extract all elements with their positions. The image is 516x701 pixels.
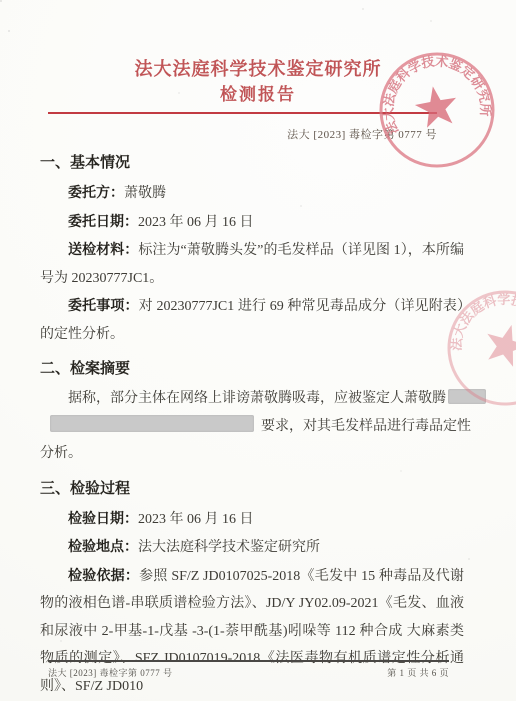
summary-line-3: 分析。 xyxy=(40,440,464,468)
field-test-date: 检验日期：2023 年 06 月 16 日 xyxy=(40,505,464,534)
field-submitted-material: 送检材料：标注为“萧敬腾头发”的毛发样品（详见图 1），本所编号为 202307… xyxy=(40,236,464,292)
field-value: 2023 年 06 月 16 日 xyxy=(138,215,254,230)
summary-text-1: 据称，部分主体在网络上诽谤萧敬腾吸毒，应被鉴定人萧敬腾 xyxy=(68,391,446,406)
redaction-box xyxy=(448,389,486,404)
footer-page-number: 第 1 页 共 6 页 xyxy=(387,666,449,679)
report-header: 法大法庭科学技术鉴定研究所 检测报告 xyxy=(0,56,516,108)
summary-line-1: 据称，部分主体在网络上诽谤萧敬腾吸毒，应被鉴定人萧敬腾 xyxy=(40,385,464,413)
field-client: 委托方：萧敬腾 xyxy=(40,179,464,208)
footer-doc-number: 法大 [2023] 毒检字第 0777 号 xyxy=(48,666,173,679)
redaction-box xyxy=(50,415,254,432)
field-value: 法大法庭科学技术鉴定研究所 xyxy=(138,540,320,555)
star-icon xyxy=(481,319,516,369)
field-label: 送检材料： xyxy=(68,241,138,257)
report-type-title: 检测报告 xyxy=(0,82,516,108)
field-test-standards: 检验依据：参照 SF/Z JD0107025-2018《毛发中 15 种毒品及代… xyxy=(40,562,464,701)
summary-line-2: 要求，对其毛发样品进行毒品定性 xyxy=(40,413,464,441)
field-commission-date: 委托日期：2023 年 06 月 16 日 xyxy=(40,208,464,237)
scan-noise xyxy=(0,0,2,2)
field-label: 检验日期： xyxy=(68,510,138,526)
section-heading-case-summary: 二、检案摘要 xyxy=(40,355,464,382)
institute-title: 法大法庭科学技术鉴定研究所 xyxy=(0,56,516,82)
field-test-location: 检验地点：法大法庭科学技术鉴定研究所 xyxy=(40,533,464,562)
document-number: 法大 [2023] 毒检字第 0777 号 xyxy=(287,126,437,142)
field-label: 检验依据： xyxy=(68,567,139,583)
field-value: 萧敬腾 xyxy=(124,186,166,201)
field-label: 委托事项： xyxy=(68,297,139,313)
header-divider-line xyxy=(48,112,437,114)
field-label: 委托方： xyxy=(68,184,124,200)
section-heading-test-process: 三、检验过程 xyxy=(40,475,464,502)
page-footer: 法大 [2023] 毒检字第 0777 号 第 1 页 共 6 页 xyxy=(48,666,449,679)
field-value: 2023 年 06 月 16 日 xyxy=(138,512,254,527)
section-heading-basic-info: 一、基本情况 xyxy=(40,149,464,176)
field-label: 委托日期： xyxy=(68,213,138,229)
field-label: 检验地点： xyxy=(68,538,138,554)
summary-text-3: 分析。 xyxy=(40,446,82,461)
footer-divider-line xyxy=(48,660,449,662)
document-page: 法大法庭科学技术鉴定研究所 检测报告 法大 [2023] 毒检字第 0777 号… xyxy=(0,0,516,701)
report-body: 一、基本情况 委托方：萧敬腾 委托日期：2023 年 06 月 16 日 送检材… xyxy=(40,149,464,700)
field-commission-matter: 委托事项：对 20230777JC1 进行 69 种常见毒品成分（详见附表）的定… xyxy=(40,292,464,348)
summary-text-2: 要求，对其毛发样品进行毒品定性 xyxy=(261,419,471,434)
